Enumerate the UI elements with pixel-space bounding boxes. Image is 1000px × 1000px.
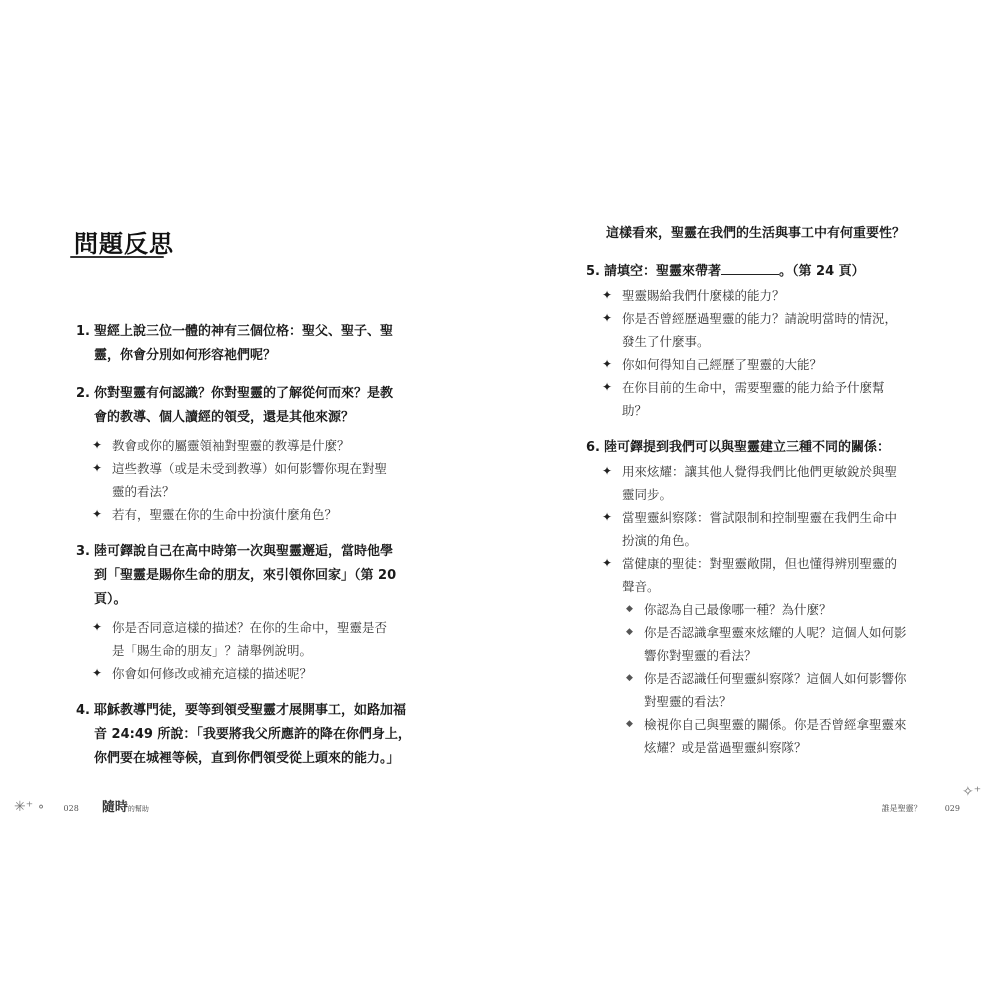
sub-question: ✦你會如何修改或補充這樣的描述呢？ <box>76 662 416 685</box>
sub-question-text: 靈同步。 <box>622 487 672 502</box>
sub-question-text: 在你目前的生命中，需要聖靈的能力給予什麼幫 <box>622 380 885 395</box>
section-title: 問題反思 <box>74 224 174 259</box>
nested-question-cont: 響你對聖靈的看法？ <box>586 644 931 667</box>
question-list-right: 這樣看來，聖靈在我們的生活與事工中有何重要性？ 5.請填空：聖靈來帶著。（第 2… <box>586 222 931 769</box>
star-bullet-icon: ✦ <box>92 616 102 639</box>
question-6: 6.陸可鐸提到我們可以與聖靈建立三種不同的關係： ✦用來炫耀：讓其他人覺得我們比… <box>586 436 931 759</box>
sub-question-text: 當聖靈糾察隊：嘗試限制和控制聖靈在我們生命中 <box>622 510 897 525</box>
sub-question-cont: 扮演的角色。 <box>586 529 931 552</box>
nested-question-text: 你認為自己最像哪一種？為什麼？ <box>644 602 832 617</box>
question-text-line: 聖經上說三位一體的神有三個位格：聖父、聖子、聖 <box>94 324 393 339</box>
sub-question-text: 聲音。 <box>622 579 660 594</box>
sub-question-cont: 助？ <box>586 399 931 422</box>
left-page: 問題反思 1.聖經上說三位一體的神有三個位格：聖父、聖子、聖 靈，你會分別如何形… <box>0 0 500 1000</box>
nested-question-text: 你是否認識任何聖靈糾察隊？這個人如何影響你 <box>644 671 907 686</box>
star-bullet-icon: ✦ <box>602 307 612 330</box>
question-text-line: 靈，你會分別如何形容祂們呢？ <box>94 348 276 363</box>
question-text-line: 耶穌教導門徒，要等到領受聖靈才展開事工，如路加福 <box>94 703 406 718</box>
page-number: 029 <box>945 804 960 813</box>
book-title-small: 的幫助 <box>128 805 149 813</box>
nested-question-cont: 對聖靈的看法？ <box>586 690 931 713</box>
sub-question-text: 是「賜生命的朋友」？請舉例說明。 <box>112 643 312 658</box>
sub-question-text: 你如何得知自己經歷了聖靈的大能？ <box>622 357 822 372</box>
question-text-line: 音 24:49 所說：「我要將我父所應許的降在你們身上， <box>94 727 411 742</box>
question-number: 2. <box>76 382 90 406</box>
question-1: 1.聖經上說三位一體的神有三個位格：聖父、聖子、聖 靈，你會分別如何形容祂們呢？ <box>76 320 416 368</box>
sub-question-text: 你是否曾經歷過聖靈的能力？請說明當時的情況， <box>622 311 897 326</box>
sub-question-text: 你是否同意這樣的描述？在你的生命中，聖靈是否 <box>112 620 387 635</box>
sub-question-text: 靈的看法？ <box>112 484 175 499</box>
sub-question-text: 用來炫耀：讓其他人覺得我們比他們更敏銳於與聖 <box>622 464 897 479</box>
question-text-line: 你對聖靈有何認識？你對聖靈的了解從何而來？是教 <box>94 386 393 401</box>
sub-question-text: 這些教導（或是未受到教導）如何影響你現在對聖 <box>112 461 387 476</box>
sub-question-cont: 發生了什麼事。 <box>586 330 931 353</box>
star-bullet-icon: ✦ <box>92 457 102 480</box>
sub-question-text: 聖靈賜給我們什麼樣的能力？ <box>622 288 785 303</box>
question-2: 2.你對聖靈有何認識？你對聖靈的了解從何而來？是教 會的教導、個人讀經的領受，還… <box>76 382 416 526</box>
title-underline <box>70 256 164 258</box>
sub-question: ✦當健康的聖徒：對聖靈敞開，但也懂得辨別聖靈的 <box>586 552 931 575</box>
sub-question: ✦你是否同意這樣的描述？在你的生命中，聖靈是否 <box>76 616 416 639</box>
diamond-bullet-icon: ◆ <box>626 598 633 621</box>
book-title-main: 隨時 <box>102 800 128 815</box>
question-number: 6. <box>586 436 600 460</box>
star-bullet-icon: ✦ <box>602 506 612 529</box>
nested-question-cont: 炫耀？或是當過聖靈糾察隊？ <box>586 736 931 759</box>
question-number: 3. <box>76 540 90 564</box>
sub-question: ✦用來炫耀：讓其他人覺得我們比他們更敏銳於與聖 <box>586 460 931 483</box>
sub-question: ✦若有，聖靈在你的生命中扮演什麼角色？ <box>76 503 416 526</box>
sub-question-cont: 靈的看法？ <box>76 480 416 503</box>
question-text-line: 到「聖靈是賜你生命的朋友，來引領你回家」（第 20 <box>94 568 396 583</box>
sub-question-text: 當健康的聖徒：對聖靈敞開，但也懂得辨別聖靈的 <box>622 556 897 571</box>
nested-question-text: 對聖靈的看法？ <box>644 694 732 709</box>
question-text-line: 頁）。 <box>94 592 127 607</box>
nested-question: ◆你認為自己最像哪一種？為什麼？ <box>586 598 931 621</box>
question-5: 5.請填空：聖靈來帶著。（第 24 頁） ✦聖靈賜給我們什麼樣的能力？ ✦你是否… <box>586 260 931 422</box>
sub-question: ✦當聖靈糾察隊：嘗試限制和控制聖靈在我們生命中 <box>586 506 931 529</box>
footer-left: ✳⁺ ∘ 028 隨時的幫助 <box>14 796 149 815</box>
diamond-bullet-icon: ◆ <box>626 667 633 690</box>
sub-question-text: 教會或你的屬靈領袖對聖靈的教導是什麼？ <box>112 438 350 453</box>
question-number: 4. <box>76 699 90 723</box>
sub-question-cont: 靈同步。 <box>586 483 931 506</box>
question-4: 4.耶穌教導門徒，要等到領受聖靈才展開事工，如路加福 音 24:49 所說：「我… <box>76 699 416 771</box>
star-bullet-icon: ✦ <box>602 552 612 575</box>
nested-question: ◆檢視你自己與聖靈的關係。你是否曾經拿聖靈來 <box>586 713 931 736</box>
nested-question-text: 你是否認識拿聖靈來炫耀的人呢？這個人如何影 <box>644 625 907 640</box>
question-number: 1. <box>76 320 90 344</box>
question-text-line: 陸可鐸說自己在高中時第一次與聖靈邂逅，當時他學 <box>94 544 393 559</box>
sub-question-text: 你會如何修改或補充這樣的描述呢？ <box>112 666 312 681</box>
question-list-left: 1.聖經上說三位一體的神有三個位格：聖父、聖子、聖 靈，你會分別如何形容祂們呢？… <box>76 320 416 781</box>
question-text: 陸可鐸提到我們可以與聖靈建立三種不同的關係： <box>604 440 890 455</box>
nested-question: ◆你是否認識拿聖靈來炫耀的人呢？這個人如何影 <box>586 621 931 644</box>
chapter-title: 誰是聖靈？ <box>882 804 922 813</box>
sub-question: ✦你是否曾經歷過聖靈的能力？請說明當時的情況， <box>586 307 931 330</box>
diamond-bullet-icon: ◆ <box>626 621 633 644</box>
nested-question-text: 響你對聖靈的看法？ <box>644 648 757 663</box>
sub-question-text: 若有，聖靈在你的生命中扮演什麼角色？ <box>112 507 337 522</box>
nested-question-text: 炫耀？或是當過聖靈糾察隊？ <box>644 740 807 755</box>
sub-question-text: 助？ <box>622 403 647 418</box>
star-bullet-icon: ✦ <box>602 284 612 307</box>
fill-in-blank <box>721 260 779 275</box>
sub-question-text: 扮演的角色。 <box>622 533 697 548</box>
star-bullet-icon: ✦ <box>92 503 102 526</box>
nested-question-text: 檢視你自己與聖靈的關係。你是否曾經拿聖靈來 <box>644 717 907 732</box>
question-number: 5. <box>586 260 600 284</box>
continuation-text: 這樣看來，聖靈在我們的生活與事工中有何重要性？ <box>586 222 931 246</box>
sub-question: ✦聖靈賜給我們什麼樣的能力？ <box>586 284 931 307</box>
star-bullet-icon: ✦ <box>602 460 612 483</box>
sub-question-text: 發生了什麼事。 <box>622 334 710 349</box>
sub-question: ✦教會或你的屬靈領袖對聖靈的教導是什麼？ <box>76 434 416 457</box>
star-bullet-icon: ✦ <box>92 662 102 685</box>
question-text-line: 會的教導、個人讀經的領受，還是其他來源？ <box>94 410 354 425</box>
sub-question: ✦在你目前的生命中，需要聖靈的能力給予什麼幫 <box>586 376 931 399</box>
sub-question-cont: 聲音。 <box>586 575 931 598</box>
question-text: 。（第 24 頁） <box>779 264 865 279</box>
nested-question: ◆你是否認識任何聖靈糾察隊？這個人如何影響你 <box>586 667 931 690</box>
star-bullet-icon: ✦ <box>602 376 612 399</box>
footer-right: 誰是聖靈？ 029 <box>882 796 960 815</box>
star-bullet-icon: ✦ <box>602 353 612 376</box>
sub-question: ✦這些教導（或是未受到教導）如何影響你現在對聖 <box>76 457 416 480</box>
question-text-line: 你們要在城裡等候，直到你們領受從上頭來的能力。」 <box>94 751 400 766</box>
question-3: 3.陸可鐸說自己在高中時第一次與聖靈邂逅，當時他學 到「聖靈是賜你生命的朋友，來… <box>76 540 416 685</box>
sparkle-decoration-icon: ✧⁺ <box>962 784 981 800</box>
star-bullet-icon: ✦ <box>92 434 102 457</box>
sub-question-cont: 是「賜生命的朋友」？請舉例說明。 <box>76 639 416 662</box>
question-text: 請填空：聖靈來帶著 <box>604 264 721 279</box>
sub-question: ✦你如何得知自己經歷了聖靈的大能？ <box>586 353 931 376</box>
sparkle-decoration-icon: ✳⁺ ∘ <box>14 799 44 815</box>
page-number: 028 <box>64 804 79 813</box>
diamond-bullet-icon: ◆ <box>626 713 633 736</box>
